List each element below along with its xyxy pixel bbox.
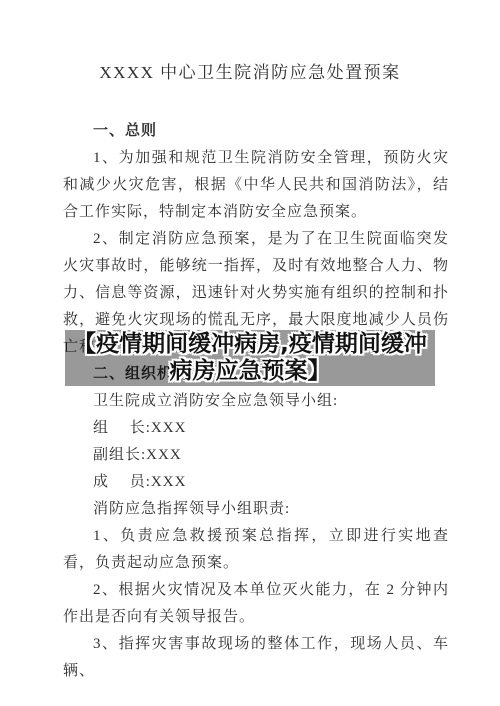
document-title: XXXX 中心卫生院消防应急处置预案 [0, 58, 500, 83]
paragraph: 成 员:XXX [63, 469, 449, 496]
paragraph: 副组长:XXX [63, 442, 449, 469]
watermark-caption: 【疫情期间缓冲病房,疫情期间缓冲病房应急预案】 [65, 331, 435, 385]
paragraph: 1、为加强和规范卫生院消防安全管理，预防火灾和减少火灾危害，根据《中华人民共和国… [63, 145, 449, 226]
document-body: 一、总则1、为加强和规范卫生院消防安全管理，预防火灾和减少火灾危害，根据《中华人… [63, 118, 449, 685]
watermark-band: 【疫情期间缓冲病房,疫情期间缓冲病房应急预案】 [65, 330, 435, 386]
paragraph: 卫生院成立消防安全应急领导小组: [63, 388, 449, 415]
document-page: XXXX 中心卫生院消防应急处置预案 一、总则1、为加强和规范卫生院消防安全管理… [0, 0, 500, 706]
paragraph: 消防应急指挥领导小组职责: [63, 496, 449, 523]
paragraph: 2、根据火灾情况及本单位灭火能力，在 2 分钟内作出是否向有关领导报告。 [63, 577, 449, 631]
paragraph: 组 长:XXX [63, 415, 449, 442]
paragraph: 3、指挥灾害事故现场的整体工作，现场人员、车辆、 [63, 631, 449, 685]
paragraph: 1、负责应急救援预案总指挥，立即进行实地查看，负责起动应急预案。 [63, 523, 449, 577]
paragraph: 一、总则 [63, 118, 449, 145]
